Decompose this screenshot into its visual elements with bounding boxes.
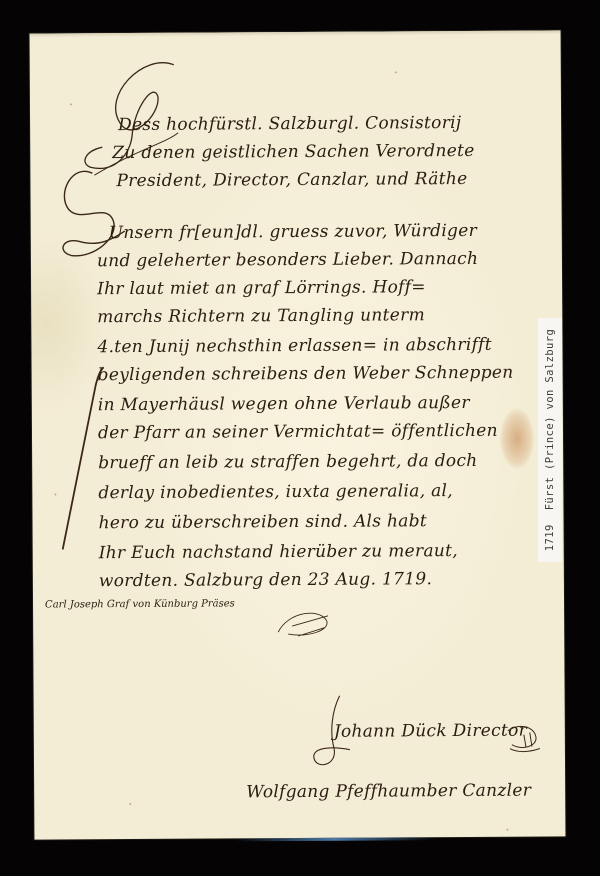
archive-label-title: Fürst (Prince) von Salzburg bbox=[544, 329, 556, 510]
archive-label: 1719Fürst (Prince) von Salzburg bbox=[538, 318, 562, 562]
signature-initial-j-icon bbox=[310, 692, 370, 772]
signature-chancellor: Wolfgang Pfeffhaumber Canzler bbox=[246, 781, 531, 803]
body-line-9: brueff an leib zu straffen begehrt, da d… bbox=[98, 451, 477, 473]
scan-edge-glare bbox=[234, 837, 434, 841]
body-line-8: der Pfarr an seiner Vermichtat= öffentli… bbox=[98, 421, 498, 443]
body-line-3: Ihr laut miet an graf Lörrings. Hoff= bbox=[97, 277, 426, 299]
body-line-10: derlay inobedientes, iuxta generalia, al… bbox=[98, 481, 453, 503]
address-line-1: Dess hochfürstl. Salzburgl. Consistorij bbox=[118, 113, 461, 135]
body-line-11: hero zu überschreiben sind. Als habt bbox=[98, 511, 427, 533]
paraph-flourish-icon bbox=[268, 602, 338, 642]
body-line-6: beyligenden schreibens den Weber Schnepp… bbox=[98, 363, 514, 386]
document-paper: Dess hochfürstl. Salzburgl. Consistorij … bbox=[30, 30, 566, 839]
body-line-1: Unsern fr[eun]dl. gruess zuvor, Würdiger bbox=[109, 221, 477, 243]
body-line-5: 4.ten Junij nechsthin erlassen= in absch… bbox=[97, 335, 492, 357]
address-line-3: President, Director, Canzlar, und Räthe bbox=[116, 169, 467, 191]
archive-label-year: 1719 bbox=[544, 524, 556, 551]
body-line-4: marchs Richtern zu Tangling unterm bbox=[97, 305, 425, 327]
paper-speck bbox=[129, 803, 131, 805]
marginal-note: Carl Joseph Graf von Künburg Präses bbox=[45, 598, 235, 610]
signature-paraph-icon bbox=[504, 721, 544, 757]
paper-speck bbox=[506, 829, 508, 831]
body-line-13-dateline: wordten. Salzburg den 23 Aug. 1719. bbox=[99, 569, 432, 591]
ink-stain bbox=[500, 409, 534, 469]
body-line-12: Ihr Euch nachstand hierüber zu meraut, bbox=[99, 541, 458, 563]
body-line-2: und geleherter besonders Lieber. Dannach bbox=[97, 249, 478, 271]
archive-label-text: 1719Fürst (Prince) von Salzburg bbox=[544, 329, 556, 551]
body-line-7: in Mayerhäusl wegen ohne Verlaub außer bbox=[98, 393, 470, 415]
paper-speck bbox=[70, 103, 72, 105]
paper-speck bbox=[395, 71, 397, 73]
margin-stroke-icon bbox=[54, 363, 115, 563]
address-line-2: Zu denen geistlichen Sachen Verordnete bbox=[112, 141, 474, 163]
paper-edge-shadow bbox=[30, 30, 561, 37]
